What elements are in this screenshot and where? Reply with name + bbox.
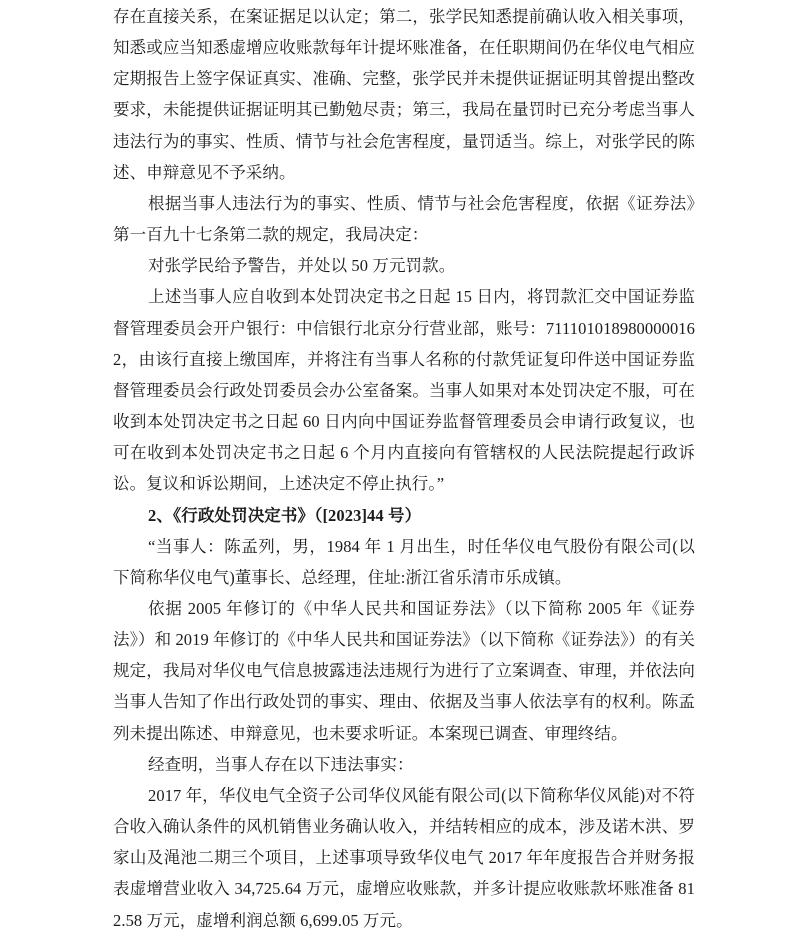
paragraph-payment-and-appeal-instructions: 上述当事人应自收到本处罚决定书之日起 15 日内，将罚款汇交中国证券监督管理委员… bbox=[113, 281, 695, 499]
paragraph-penalty-decision: 对张学民给予警告，并处以 50 万元罚款。 bbox=[113, 250, 695, 281]
paragraph-zhang-xuemin-defense-rejection: 存在直接关系，在案证据足以认定；第二，张学民知悉提前确认收入相关事项，知悉或应当… bbox=[113, 1, 695, 188]
paragraph-penalty-legal-basis: 根据当事人违法行为的事实、性质、情节与社会危害程度，依据《证券法》第一百九十七条… bbox=[113, 188, 695, 250]
paragraph-party-info-chen-menglie: “当事人：陈孟列，男，1984 年 1 月出生，时任华仪电气股份有限公司(以下简… bbox=[113, 531, 695, 593]
document-page: 存在直接关系，在案证据足以认定；第二，张学民知悉提前确认收入相关事项，知悉或应当… bbox=[0, 0, 793, 935]
section-heading-decision-2023-44: 2、《行政处罚决定书》（[2023]44 号） bbox=[113, 500, 695, 531]
paragraph-investigation-procedure: 依据 2005 年修订的《中华人民共和国证券法》（以下简称 2005 年《证券法… bbox=[113, 593, 695, 749]
paragraph-facts-intro: 经查明，当事人存在以下违法事实： bbox=[113, 749, 695, 780]
paragraph-violation-facts-2017: 2017 年，华仪电气全资子公司华仪风能有限公司(以下简称华仪风能)对不符合收入… bbox=[113, 780, 695, 935]
